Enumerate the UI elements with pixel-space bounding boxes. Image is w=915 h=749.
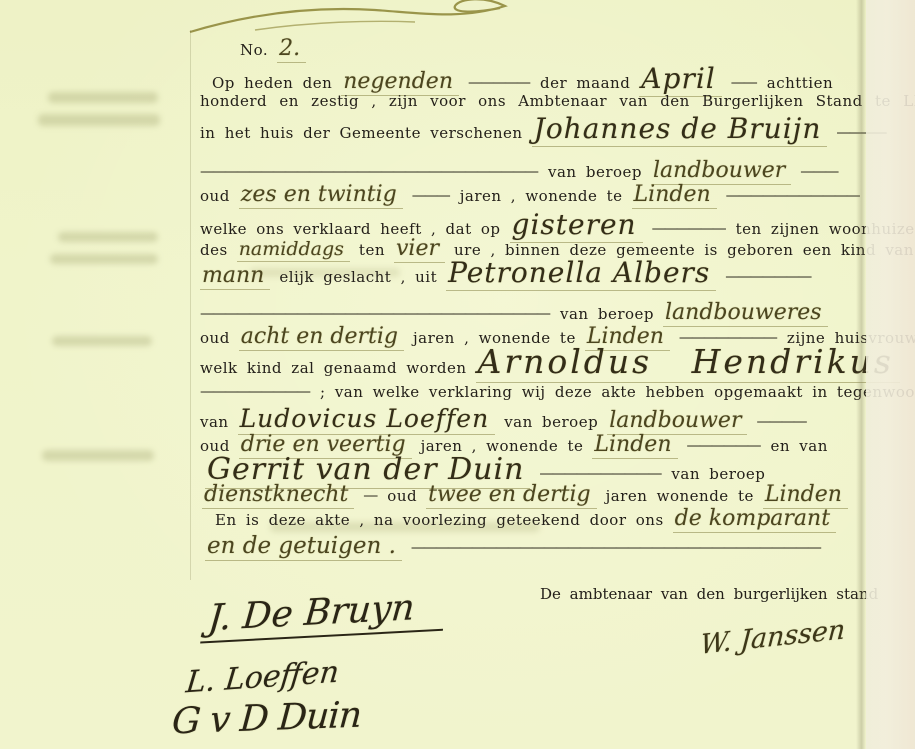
printed-text: van beroep xyxy=(548,163,642,181)
filler-rule: ———— xyxy=(756,412,807,430)
filler-rule: ———————————————————————————— xyxy=(200,162,539,180)
handwritten-entry: Johannes de Bruijn xyxy=(532,112,828,147)
page-crease xyxy=(856,0,866,749)
filler-rule: —————————— xyxy=(539,464,662,482)
printed-text: achttien xyxy=(767,74,833,92)
filler-rule: ————————————————————————————— xyxy=(200,304,551,322)
filler-rule: ——————— xyxy=(725,267,812,285)
printed-text: honderd en zestig , zijn voor ons Ambten… xyxy=(200,92,915,110)
filler-rule: — xyxy=(363,486,378,504)
signature-l-loeffen: L. Loeffen xyxy=(184,654,340,700)
handwritten-entry: dienstknecht xyxy=(202,482,354,509)
birth-certificate-scan: No.2.Op heden dennegenden—————der maandA… xyxy=(0,0,915,749)
printed-text: En is deze akte , na voorlezing geteeken… xyxy=(215,511,664,529)
ink-bleedthrough xyxy=(38,114,160,126)
printed-text: van xyxy=(200,413,229,431)
handwritten-entry: zes en twintig xyxy=(239,182,403,209)
handwritten-entry: mann xyxy=(200,263,270,290)
handwritten-entry: Linden xyxy=(763,482,848,509)
printed-text: van beroep xyxy=(560,305,654,323)
handwritten-entry: twee en dertig xyxy=(426,482,596,509)
form-line: en de getuigen .————————————————————————… xyxy=(205,533,822,561)
filler-rule: —————————————————————————————————— xyxy=(411,538,822,556)
signature-g-vd-duin: G v D Duin xyxy=(171,695,363,743)
filler-rule: —————— xyxy=(652,219,727,237)
form-line: mannelijk geslacht , uitPetronella Alber… xyxy=(200,256,812,291)
handwritten-entry: landbouweres xyxy=(663,300,828,327)
printed-text: van beroep xyxy=(504,413,598,431)
filler-rule: ——————————— xyxy=(726,186,861,204)
form-line: in het huis der Gemeente verschenenJohan… xyxy=(200,112,887,147)
printed-text: ; van welke verklaring wij deze akte heb… xyxy=(320,383,915,401)
printed-text: welk kind zal genaamd worden xyxy=(200,359,467,377)
ink-bleedthrough xyxy=(48,92,158,103)
form-margin-rule xyxy=(190,30,191,580)
printed-text: elijk geslacht , uit xyxy=(279,268,437,286)
form-line: honderd en zestig , zijn voor ons Ambten… xyxy=(200,92,915,110)
form-line: ————————————————————————————van beroepla… xyxy=(200,158,839,185)
ink-bleedthrough xyxy=(50,254,158,264)
printed-text: oud xyxy=(200,187,230,205)
form-line: No.2. xyxy=(240,36,306,63)
printed-text: jaren , wonende te xyxy=(460,187,623,205)
pen-flourish xyxy=(160,0,560,40)
handwritten-entry: Petronella Albers xyxy=(446,256,716,291)
printed-text: No. xyxy=(240,41,268,59)
form-line: dienstknecht—oudtwee en dertigjaren wone… xyxy=(202,482,848,509)
filler-rule: ————— xyxy=(468,73,531,91)
form-line: En is deze akte , na voorlezing geteeken… xyxy=(215,506,836,533)
handwritten-entry: Ludovicus Loeffen xyxy=(238,404,496,435)
printed-text: jaren wonende te xyxy=(606,487,754,505)
printed-text: der maand xyxy=(540,74,630,92)
handwritten-entry: en de getuigen . xyxy=(205,533,402,561)
page-edge xyxy=(866,0,915,749)
printed-text: oud xyxy=(387,487,417,505)
ink-bleedthrough xyxy=(42,450,154,461)
filler-rule: ——— xyxy=(800,162,839,180)
handwritten-entry: de komparant xyxy=(673,506,836,533)
filler-rule: —— xyxy=(731,73,758,91)
form-line: oudzes en twintig———jaren , wonende teLi… xyxy=(200,182,861,209)
printed-text: en van xyxy=(771,437,828,455)
ink-bleedthrough xyxy=(58,232,158,242)
handwritten-entry: 2. xyxy=(277,36,306,63)
ink-bleedthrough xyxy=(52,336,152,346)
printed-text: Op heden den xyxy=(212,74,332,92)
filler-rule: ————————— xyxy=(200,382,311,400)
signature-w-janssen: W. Janssen xyxy=(699,614,846,661)
signature-j-de-bruyn: J. De Bruyn xyxy=(200,586,446,644)
form-line: welk kind zal genaamd wordenArnoldus Hen… xyxy=(200,342,900,383)
printed-text: van beroep xyxy=(671,465,765,483)
printed-text: in het huis der Gemeente verschenen xyxy=(200,124,523,142)
handwritten-entry: landbouwer xyxy=(607,408,747,435)
handwritten-entry: Arnoldus Hendrikus xyxy=(476,342,900,383)
official-title: De ambtenaar van den burgerlijken stand xyxy=(540,585,878,603)
form-line: —————————; van welke verklaring wij deze… xyxy=(200,383,915,401)
form-line: vanLudovicus Loeffenvan beroeplandbouwer… xyxy=(200,404,807,435)
filler-rule: ——— xyxy=(412,186,451,204)
handwritten-entry: Linden xyxy=(632,182,717,209)
handwritten-entry: landbouwer xyxy=(651,158,791,185)
form-line: —————————————————————————————van beroepl… xyxy=(200,300,828,327)
